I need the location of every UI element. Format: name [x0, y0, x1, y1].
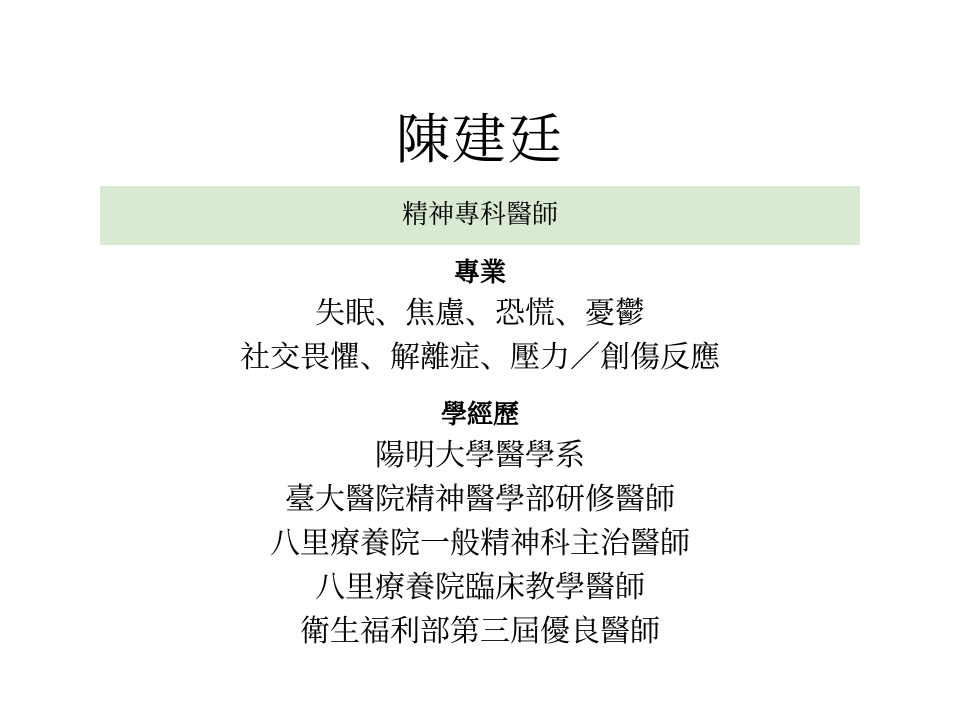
specialty-line: 社交畏懼、解離症、壓力／創傷反應 [0, 336, 960, 380]
doctor-name: 陳建廷 [0, 100, 960, 180]
specialty-heading: 專業 [0, 254, 960, 292]
experience-line: 臺大醫院精神醫學部研修醫師 [0, 478, 960, 522]
experience-heading: 學經歷 [0, 396, 960, 434]
experience-line: 陽明大學醫學系 [0, 434, 960, 478]
specialty-line: 失眠、焦慮、恐慌、憂鬱 [0, 292, 960, 336]
experience-line: 八里療養院臨床教學醫師 [0, 566, 960, 610]
experience-line: 衛生福利部第三屆優良醫師 [0, 610, 960, 654]
experience-line: 八里療養院一般精神科主治醫師 [0, 522, 960, 566]
specialty-section: 專業 失眠、焦慮、恐慌、憂鬱 社交畏懼、解離症、壓力／創傷反應 [0, 254, 960, 380]
experience-section: 學經歷 陽明大學醫學系 臺大醫院精神醫學部研修醫師 八里療養院一般精神科主治醫師… [0, 396, 960, 654]
title-banner: 精神專科醫師 [100, 186, 860, 245]
doctor-title: 精神專科醫師 [402, 200, 558, 230]
